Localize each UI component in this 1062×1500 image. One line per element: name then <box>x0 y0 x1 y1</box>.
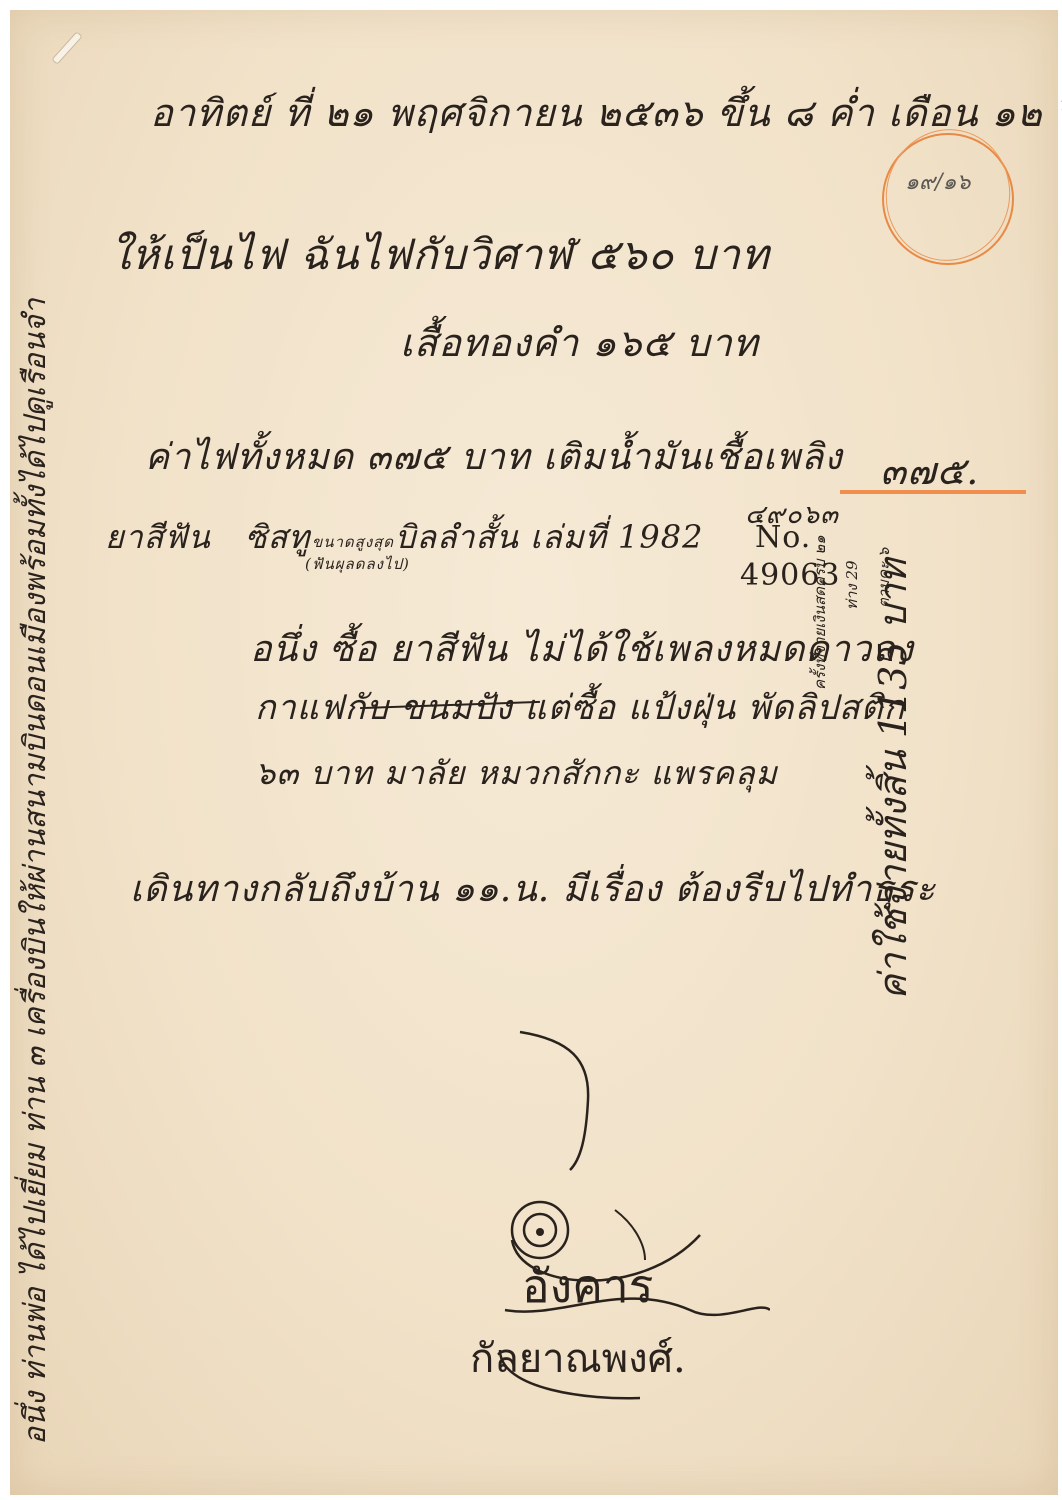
vertical-note-1: ครั้งที่จ่ายเงินสดครบ ๒๑ <box>808 535 832 690</box>
signature-block: อังคาร กัลยาณพงศ์. <box>440 1010 770 1400</box>
bill-number: บิลลำสั้น เล่มที่ 1982 <box>395 512 703 563</box>
receipt-no-label: No. <box>755 520 811 555</box>
vertical-note-3: ตามคะ ๖ <box>872 548 896 608</box>
left-margin-note: อนึ่ง ท่านพ่อ ได้ไปเยี่ยม ท่าน ๓ เครื่อง… <box>12 298 59 1445</box>
expense-line-2: เสื้อทองคำ ๑๖๕ บาท <box>400 312 759 373</box>
body-line-3: ๖๓ บาท มาลัย หมวกสักกะ แพรคลุม <box>255 748 778 799</box>
expense-line-1: ให้เป็นไฟ ฉันไฟกับวิศาฬ ๕๖๐ บาท <box>110 222 770 288</box>
signature-last-name: กัลยาณพงศ์. <box>470 1326 686 1390</box>
expense-line-3: ค่าไฟทั้งหมด ๓๗๕ บาท เติมน้ำมันเชื้อเพลิ… <box>145 428 843 485</box>
circled-note: ๑๙/๑๖ <box>905 164 970 199</box>
vertical-note-2: ท่าง 29 <box>840 561 864 611</box>
toothpaste-item: ยาสีฟัน <box>105 512 211 563</box>
toothpaste-note-1: ขนาดสูงสุด <box>312 530 394 554</box>
signature-first-name: อังคาร <box>522 1250 653 1323</box>
toothpaste-brand: ซิสทู <box>245 512 310 563</box>
total-vertical: ค่าใช้จ่ายทั้งสิ้น 1135 บาท <box>862 559 923 1000</box>
orange-underline <box>840 490 1026 494</box>
body-line-4: เดินทางกลับถึงบ้าน ๑๑.น. มีเรื่อง ต้องรี… <box>130 860 936 917</box>
